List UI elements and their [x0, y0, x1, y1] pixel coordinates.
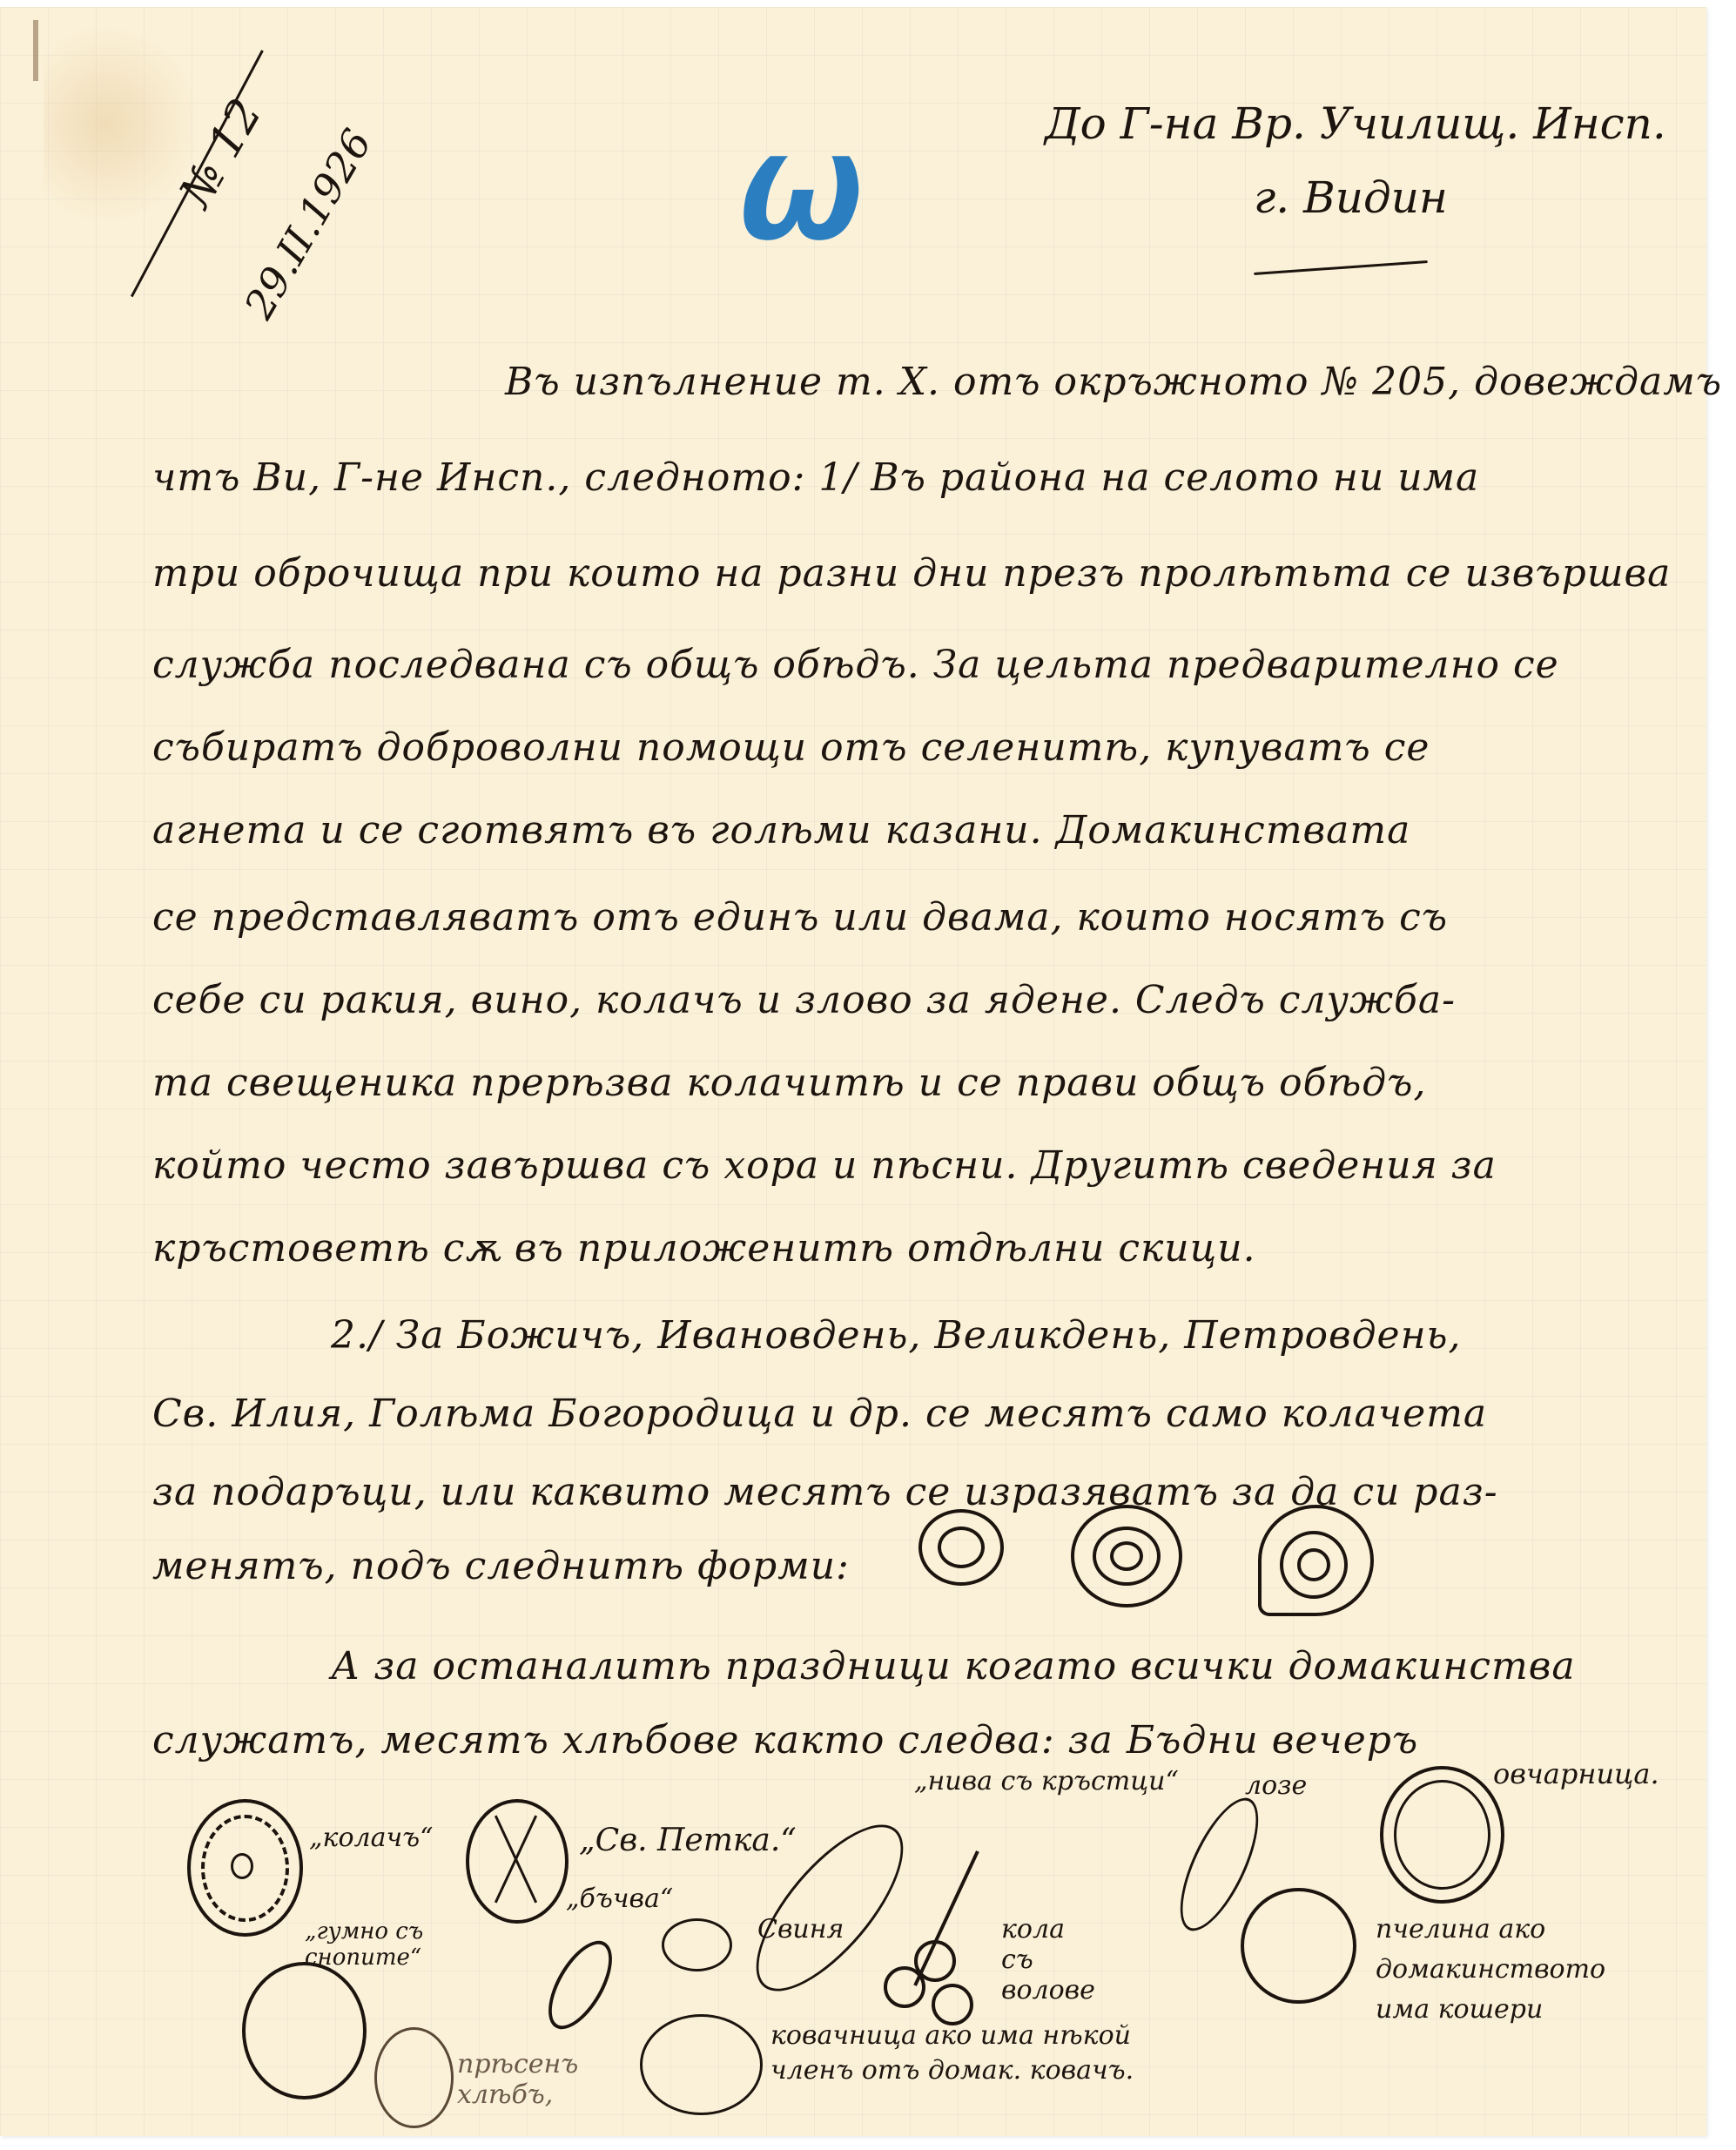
body-line: събиратъ доброволни помощи отъ селенитѣ,…: [152, 725, 1430, 770]
body-line: 2./ За Божичъ, Ивановдень, Великдень, Пе…: [331, 1313, 1462, 1358]
spiral-bread-sketch-3: [1258, 1496, 1380, 1627]
body-line: Въ изпълнение т. X. отъ окръжното № 205,…: [505, 360, 1722, 404]
body-line: А за останалитѣ праздници когато всички …: [331, 1644, 1576, 1688]
gumno-label: „гумно съ снопите“: [305, 1918, 444, 1971]
binding-mark: [33, 20, 38, 81]
gumno-sketch: [242, 1962, 367, 2099]
loze-label: лозе: [1245, 1770, 1307, 1801]
body-line: агнета и се сготвятъ въ голѣми казани. Д…: [152, 808, 1410, 853]
kolach-sketch: [187, 1799, 303, 1937]
kovachnitsa-sketch: [640, 2014, 763, 2115]
body-line: се представляватъ отъ единъ или двама, к…: [152, 895, 1448, 940]
body-line: Св. Илия, Голѣма Богородица и др. се мес…: [152, 1392, 1487, 1436]
spiral-bread-sketch-2: [1071, 1496, 1184, 1609]
pchelna-sketch: [1241, 1888, 1356, 2004]
body-line: служба последвана съ общъ обѣдъ. За цель…: [152, 643, 1559, 687]
body-line: служатъ, месятъ хлѣбове както следва: за…: [152, 1718, 1418, 1762]
addressee-underline: [1254, 260, 1428, 275]
blue-pencil-mark: Ѡ: [740, 133, 857, 266]
niva-label: „нива съ кръстци“: [914, 1766, 1179, 1796]
kola-label: кола съ волове: [1001, 1914, 1097, 2005]
svinya-sketch: [662, 1918, 732, 1971]
sv-petka-sketch: [466, 1799, 569, 1924]
ovcharnitsa-sketch: [1380, 1766, 1504, 1904]
spiral-bread-sketch-1: [918, 1492, 1014, 1587]
body-line: кръстоветѣ сѫ въ приложенитѣ отдѣлни ски…: [152, 1226, 1256, 1270]
body-line: себе си ракия, вино, колачъ и злово за я…: [152, 978, 1456, 1022]
body-line: менятъ, подъ следнитѣ форми:: [152, 1544, 850, 1588]
kovachnitsa-label: ковачница ако има нѣкой членъ отъ домак.…: [770, 2019, 1162, 2088]
bachva-label: „бъчва“: [566, 1884, 673, 1914]
ovcharnitsa-label: овчарница.: [1493, 1757, 1659, 1790]
kola-sketch: [879, 1844, 992, 2027]
paper-stain: [44, 24, 200, 225]
body-line: та свещеника прерѣзва колачитѣ и се прав…: [152, 1061, 1426, 1105]
letter-page: № 12 29.II.1926 Ѡ До Г-на Вр. Училищ. Ин…: [0, 7, 1706, 2136]
body-line: чтъ Ви, Г-не Инсп., следното: 1/ Въ райо…: [152, 455, 1479, 500]
addressee-line2: г. Видин: [1254, 172, 1448, 223]
svinya-label: Свиня: [757, 1914, 844, 1944]
body-line: три оброчища при които на разни дни през…: [152, 551, 1671, 596]
reference-date: 29.II.1926: [235, 121, 380, 327]
pchelna-label: пчелина ако домакинството има кошери: [1376, 1910, 1663, 2030]
sv-petka-label: „Св. Петка.“: [579, 1823, 797, 1858]
prest-sketch: [374, 2027, 454, 2128]
body-line: който често завършва съ хора и пѣсни. Др…: [152, 1143, 1497, 1188]
bachva-sketch: [535, 1931, 624, 2039]
addressee-line1: До Г-на Вр. Училищ. Инсп.: [1045, 98, 1666, 149]
kolach-label: „колачъ“: [309, 1823, 434, 1853]
prest-label: прѣсенъ хлѣбъ,: [457, 2049, 553, 2110]
